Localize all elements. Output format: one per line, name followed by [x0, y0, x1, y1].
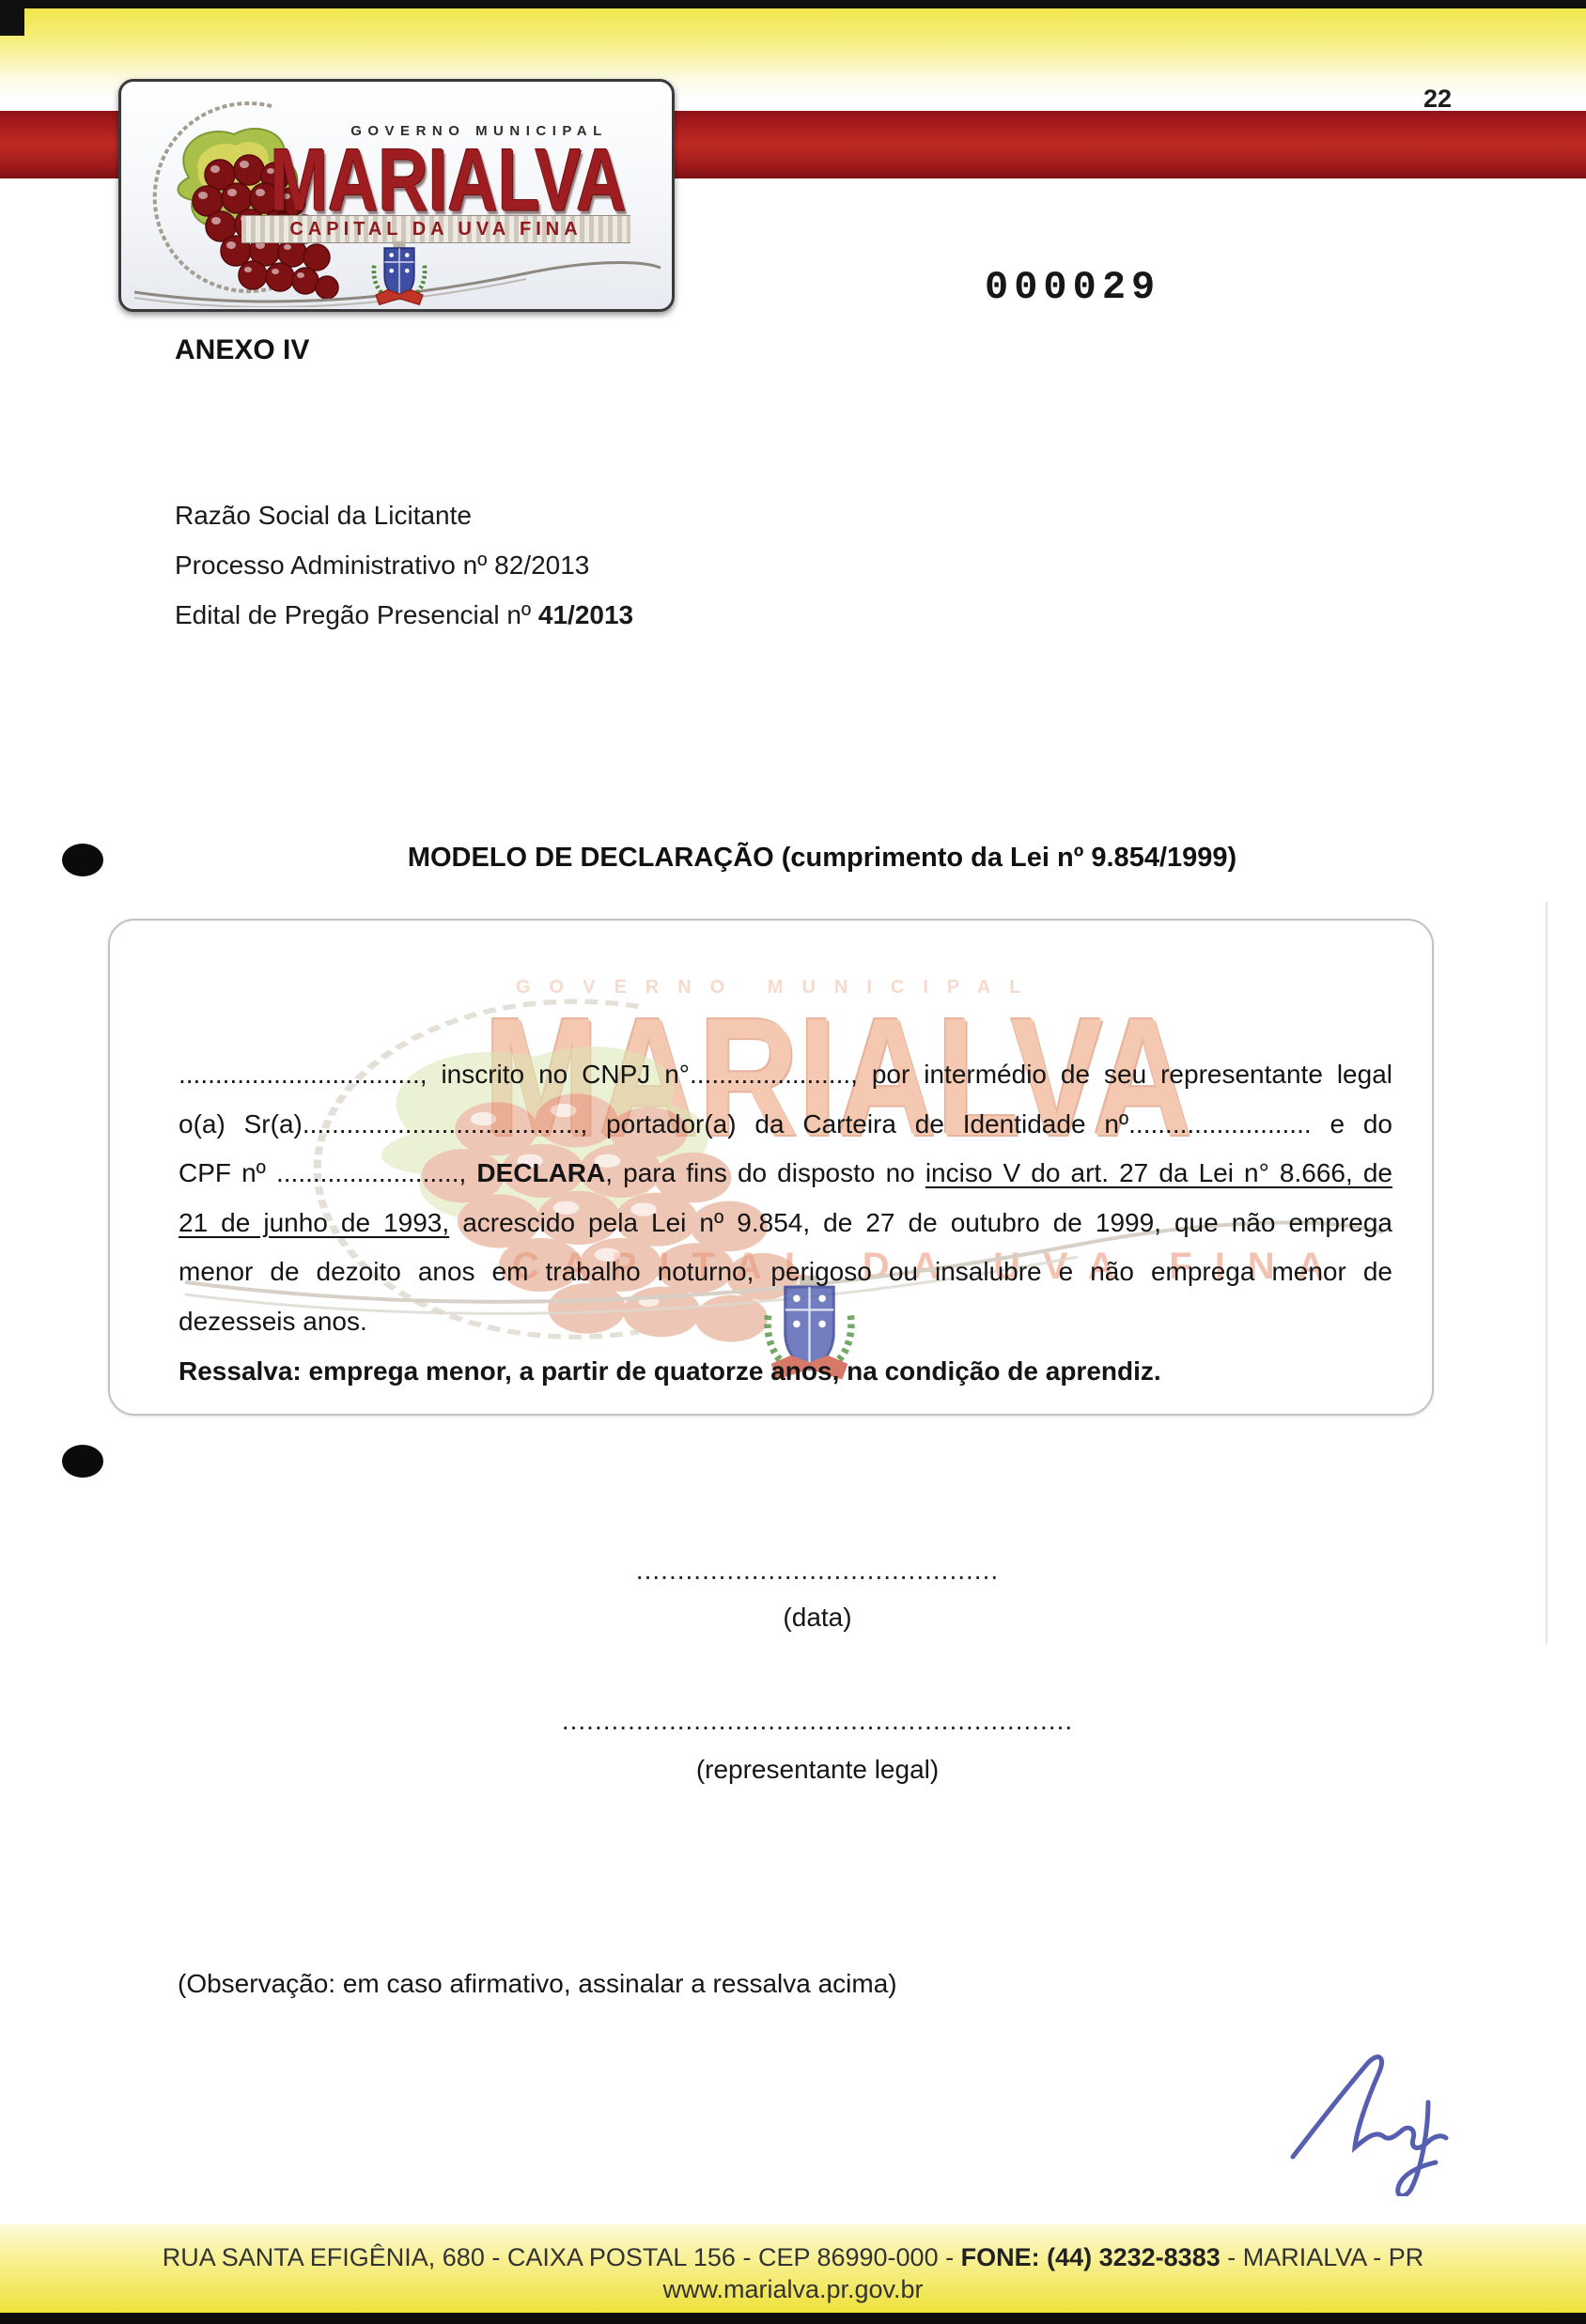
- date-reference-underlined: 21 de junho de 1993,: [179, 1208, 449, 1237]
- bottom-black-bar: [0, 2313, 1586, 2324]
- hole-punch-mark: [62, 1445, 103, 1478]
- ressalva-line: Ressalva: emprega menor, a partir de qua…: [179, 1347, 1392, 1397]
- scan-edge-line: [1546, 902, 1547, 1644]
- declaration-line: dezesseis anos.: [179, 1297, 1392, 1347]
- logo-name-text: MARIALVA: [258, 134, 637, 226]
- ref-processo: Processo Administrativo nº 82/2013: [175, 540, 633, 590]
- reference-block: Razão Social da Licitante Processo Admin…: [175, 490, 633, 640]
- declara-keyword: DECLARA: [476, 1158, 605, 1187]
- page-number: 22: [1423, 85, 1452, 114]
- coat-of-arms-icon: [368, 240, 430, 307]
- declaration-box: GOVERNO MUNICIPAL MARIALVA CAPITAL DA UV…: [108, 919, 1434, 1416]
- municipal-logo-card: GOVERNO MUNICIPAL MARIALVA CAPITAL DA UV…: [118, 79, 675, 312]
- declaration-line: CPF nº ........................., DECLAR…: [179, 1149, 1392, 1199]
- declaration-title: MODELO DE DECLARAÇÃO (cumprimento da Lei…: [29, 843, 1586, 874]
- top-black-bar: [0, 0, 1586, 8]
- document-page: 22 GOVERNO MUNICIPAL MARIALVA CA: [0, 0, 1586, 2324]
- logo-tagline-ribbon: CAPITAL DA UVA FINA: [241, 215, 630, 243]
- declaration-line: ................................., inscr…: [179, 1050, 1392, 1100]
- declaration-line: o(a) Sr(a)..............................…: [179, 1100, 1392, 1150]
- scan-corner-mark: [0, 0, 24, 36]
- date-label: (data): [24, 1603, 1586, 1633]
- ref-edital: Edital de Pregão Presencial nº 41/2013: [175, 590, 633, 640]
- declaration-line: menor de dezoito anos em trabalho noturn…: [179, 1247, 1392, 1297]
- representative-dotted-line: ........................................…: [24, 1706, 1586, 1736]
- footer-address: RUA SANTA EFIGÊNIA, 680 - CAIXA POSTAL 1…: [0, 2243, 1586, 2272]
- stamp-number: 000029: [985, 265, 1160, 310]
- declaration-line: 21 de junho de 1993, acrescido pela Lei …: [179, 1199, 1392, 1248]
- edital-number: 41/2013: [538, 600, 633, 629]
- ref-razao-social: Razão Social da Licitante: [175, 490, 633, 540]
- declaration-text: ................................., inscr…: [179, 1050, 1392, 1396]
- signature-scribble: [1285, 2046, 1473, 2196]
- footer-phone: FONE: (44) 3232-8383: [961, 2243, 1221, 2271]
- footer-website: www.marialva.pr.gov.br: [0, 2275, 1586, 2304]
- date-dotted-line: ........................................…: [24, 1556, 1586, 1586]
- law-reference-underlined: inciso V do art. 27 da Lei n° 8.666, de: [925, 1158, 1392, 1187]
- hole-punch-mark: [62, 844, 103, 876]
- observation-note: (Observação: em caso afirmativo, assinal…: [178, 1969, 897, 1999]
- anexo-heading: ANEXO IV: [175, 334, 309, 366]
- representative-label: (representante legal): [24, 1755, 1586, 1785]
